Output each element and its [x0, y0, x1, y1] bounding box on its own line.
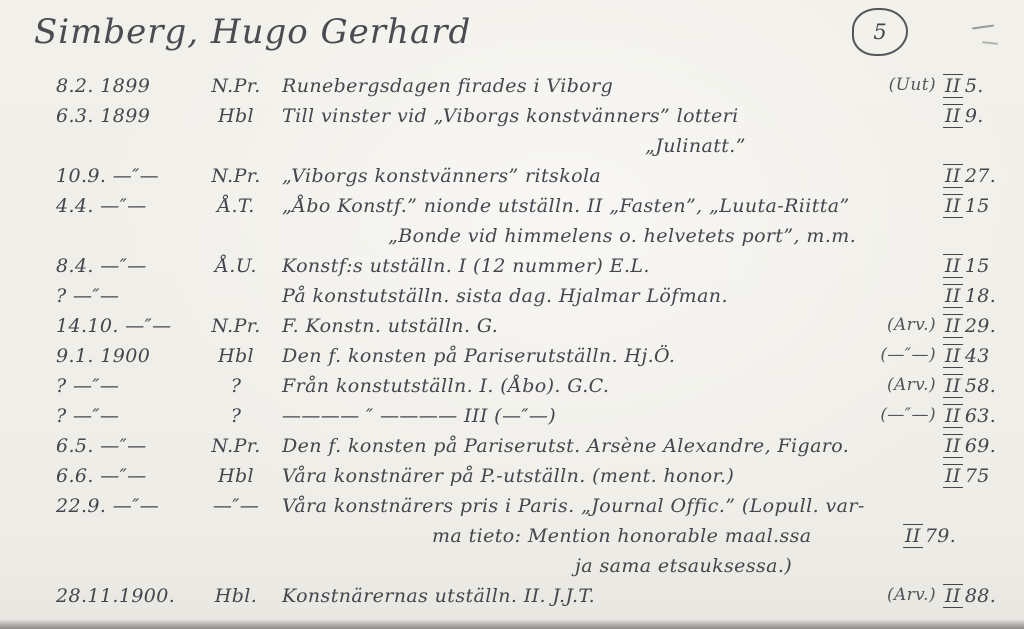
entry-note: (—″—) — [838, 345, 936, 365]
entry-note: (—″—) — [838, 405, 936, 425]
entry-line: 14.10. —″— N.Pr. F. Konstn. utställn. G.… — [0, 315, 1024, 341]
entry-date: ? —″— — [56, 405, 188, 427]
scan-edge-shadow — [0, 619, 1024, 629]
entry-text-continuation: ma tieto: Mention honorable maal.ssa — [432, 525, 812, 547]
reference-volume: II — [943, 104, 963, 128]
entry-continuation-line: ja sama etsauksessa.) — [0, 555, 1024, 581]
reference-volume: II — [943, 74, 963, 98]
entry-text: Våra konstnärers pris i Paris. „Journal … — [282, 495, 865, 517]
entry-text: F. Konstn. utställn. G. — [282, 315, 498, 337]
entry-date: 6.6. —″— — [56, 465, 188, 487]
stray-pencil-mark — [982, 41, 998, 45]
index-card: Simberg, Hugo Gerhard 5 8.2. 1899 N.Pr. … — [0, 0, 1024, 629]
entry-source: N.Pr. — [190, 315, 282, 337]
entry-text-continuation: „Julinatt.” — [645, 135, 746, 157]
entry-note: (Arv.) — [838, 375, 936, 395]
entry-source: ? — [190, 405, 282, 427]
entry-line: ? —″— ? ———— ″ ———— III (—″—) (—″—) II63… — [0, 405, 1024, 431]
reference-volume: II — [903, 524, 923, 548]
entry-date: 14.10. —″— — [56, 315, 188, 337]
entry-continuation-line: ma tieto: Mention honorable maal.ssa II7… — [0, 525, 1024, 551]
entry-source: —″— — [190, 495, 282, 517]
entry-date: 10.9. —″— — [56, 165, 188, 187]
entry-continuation-line: „Bonde vid himmelens o. helvetets port”,… — [0, 225, 1024, 251]
entry-reference: II5. — [943, 75, 984, 97]
entry-note: (Arv.) — [838, 585, 936, 605]
reference-volume: II — [943, 344, 963, 368]
reference-page: 5. — [963, 75, 984, 97]
entry-date: 22.9. —″— — [56, 495, 188, 517]
entry-line: 6.6. —″— Hbl Våra konstnärer på P.-utstä… — [0, 465, 1024, 491]
entry-date: 9.1. 1900 — [56, 345, 188, 367]
entry-continuation-line: „Julinatt.” — [0, 135, 1024, 161]
reference-volume: II — [943, 404, 963, 428]
entry-reference: II88. — [943, 585, 996, 607]
reference-volume: II — [943, 584, 963, 608]
entry-text: „Viborgs konstvänners” ritskola — [282, 165, 601, 187]
entry-line: 4.4. —″— Å.T. „Åbo Konstf.” nionde utstä… — [0, 195, 1024, 221]
entry-source: Hbl. — [190, 585, 282, 607]
entry-line: 8.2. 1899 N.Pr. Runebergsdagen firades i… — [0, 75, 1024, 101]
entry-reference: II58. — [943, 375, 996, 397]
reference-volume: II — [943, 314, 963, 338]
entry-date: 6.5. —″— — [56, 435, 188, 457]
entry-text: Runebergsdagen firades i Viborg — [282, 75, 613, 97]
entry-reference: II27. — [943, 165, 996, 187]
entry-line: ? —″— ? Från konstutställn. I. (Åbo). G.… — [0, 375, 1024, 401]
entry-line: 22.9. —″— —″— Våra konstnärers pris i Pa… — [0, 495, 1024, 521]
entry-reference: II15 — [943, 195, 990, 217]
entry-line: ? —″— På konstutställn. sista dag. Hjalm… — [0, 285, 1024, 311]
reference-page: 15 — [963, 195, 990, 217]
entry-text: På konstutställn. sista dag. Hjalmar Löf… — [282, 285, 728, 307]
entry-source: Å.U. — [190, 255, 282, 277]
reference-page: 15 — [963, 255, 990, 277]
entry-text: Konstf:s utställn. I (12 nummer) E.L. — [282, 255, 650, 277]
entry-date: 4.4. —″— — [56, 195, 188, 217]
page-number: 5 — [873, 20, 886, 44]
reference-volume: II — [943, 374, 963, 398]
entry-text: Till vinster vid „Viborgs konstvänners” … — [282, 105, 739, 127]
entry-text: Den f. konsten på Pariserutst. Arsène Al… — [282, 435, 849, 457]
entry-date: 8.4. —″— — [56, 255, 188, 277]
entry-reference: II43 — [943, 345, 990, 367]
reference-page: 58. — [963, 375, 996, 397]
entry-source: ? — [190, 375, 282, 397]
entry-source: N.Pr. — [190, 165, 282, 187]
reference-volume: II — [943, 194, 963, 218]
entry-line: 8.4. —″— Å.U. Konstf:s utställn. I (12 n… — [0, 255, 1024, 281]
entry-date: 6.3. 1899 — [56, 105, 188, 127]
entry-date: 8.2. 1899 — [56, 75, 188, 97]
reference-volume: II — [943, 434, 963, 458]
entry-text: Den f. konsten på Pariserutställn. Hj.Ö. — [282, 345, 675, 367]
reference-volume: II — [943, 464, 963, 488]
entry-text-continuation: ja sama etsauksessa.) — [575, 555, 792, 577]
entry-reference: II69. — [943, 435, 996, 457]
reference-volume: II — [943, 254, 963, 278]
entry-reference: II18. — [943, 285, 996, 307]
reference-volume: II — [943, 284, 963, 308]
reference-page: 29. — [963, 315, 996, 337]
entry-reference: II79. — [903, 525, 956, 547]
reference-page: 88. — [963, 585, 996, 607]
entry-source: Hbl — [190, 465, 282, 487]
entry-source: Hbl — [190, 345, 282, 367]
entry-line: 9.1. 1900 Hbl Den f. konsten på Pariseru… — [0, 345, 1024, 371]
reference-page: 69. — [963, 435, 996, 457]
entry-reference: II75 — [943, 465, 990, 487]
card-title: Simberg, Hugo Gerhard — [34, 12, 471, 52]
entry-text: ———— ″ ———— III (—″—) — [282, 405, 556, 427]
entry-text-continuation: „Bonde vid himmelens o. helvetets port”,… — [388, 225, 856, 247]
reference-page: 9. — [963, 105, 984, 127]
entry-text: „Åbo Konstf.” nionde utställn. II „Faste… — [282, 195, 850, 217]
entry-date: ? —″— — [56, 285, 188, 307]
entry-line: 10.9. —″— N.Pr. „Viborgs konstvänners” r… — [0, 165, 1024, 191]
reference-page: 43 — [963, 345, 990, 367]
entry-text: Från konstutställn. I. (Åbo). G.C. — [282, 375, 609, 397]
entry-date: ? —″— — [56, 375, 188, 397]
reference-page: 79. — [923, 525, 956, 547]
entry-text: Våra konstnärer på P.-utställn. (ment. h… — [282, 465, 734, 487]
entry-note: (Arv.) — [838, 315, 936, 335]
reference-page: 63. — [963, 405, 996, 427]
entry-reference: II9. — [943, 105, 984, 127]
reference-volume: II — [943, 164, 963, 188]
entry-reference: II63. — [943, 405, 996, 427]
entry-line: 28.11.1900. Hbl. Konstnärernas utställn.… — [0, 585, 1024, 611]
entry-source: N.Pr. — [190, 75, 282, 97]
page-number-circle: 5 — [852, 8, 908, 56]
entry-line: 6.3. 1899 Hbl Till vinster vid „Viborgs … — [0, 105, 1024, 131]
entry-note: (Uut) — [838, 75, 936, 95]
entry-line: 6.5. —″— N.Pr. Den f. konsten på Pariser… — [0, 435, 1024, 461]
entry-source: N.Pr. — [190, 435, 282, 457]
reference-page: 27. — [963, 165, 996, 187]
stray-pencil-mark — [972, 24, 994, 29]
entry-reference: II29. — [943, 315, 996, 337]
reference-page: 75 — [963, 465, 990, 487]
entry-date: 28.11.1900. — [56, 585, 188, 607]
entry-reference: II15 — [943, 255, 990, 277]
entry-source: Hbl — [190, 105, 282, 127]
entry-source: Å.T. — [190, 195, 282, 217]
entry-text: Konstnärernas utställn. II. J.J.T. — [282, 585, 595, 607]
reference-page: 18. — [963, 285, 996, 307]
